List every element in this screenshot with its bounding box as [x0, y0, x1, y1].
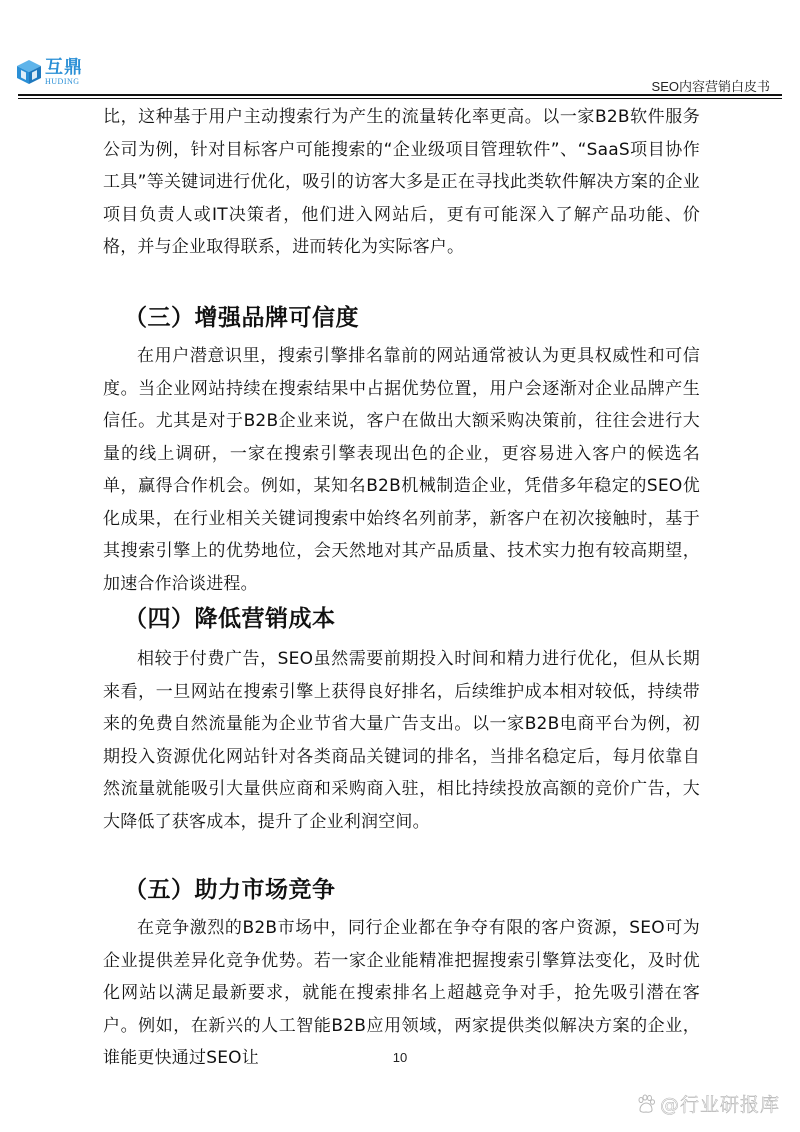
- section-heading-5: （五）助力市场竞争: [124, 874, 336, 906]
- baidu-paw-icon: [636, 1094, 656, 1114]
- company-logo: 互鼎 HUDING: [16, 55, 136, 89]
- paragraph-section-4: 相较于付费广告，SEO虽然需要前期投入时间和精力进行优化，但从长期来看，一旦网站…: [103, 643, 700, 838]
- logo-en-text: HUDING: [45, 78, 83, 86]
- paragraph-continuation: 比，这种基于用户主动搜索行为产生的流量转化率更高。以一家B2B软件服务公司为例，…: [103, 101, 700, 264]
- page-number: 10: [0, 1050, 800, 1065]
- page-header: 互鼎 HUDING SEO内容营销白皮书: [0, 0, 800, 100]
- section-heading-3: （三）增强品牌可信度: [124, 302, 359, 334]
- cube-logo-icon: [16, 59, 42, 85]
- logo-cn-text: 互鼎: [45, 59, 83, 77]
- paragraph-section-3: 在用户潜意识里，搜索引擎排名靠前的网站通常被认为更具权威性和可信度。当企业网站持…: [103, 340, 700, 600]
- header-divider-thin: [18, 98, 782, 99]
- header-divider-thick: [18, 94, 782, 96]
- watermark: @行业研报库: [636, 1090, 780, 1117]
- document-title: SEO内容营销白皮书: [652, 76, 770, 95]
- watermark-text: @行业研报库: [660, 1090, 780, 1117]
- section-heading-4: （四）降低营销成本: [124, 603, 336, 635]
